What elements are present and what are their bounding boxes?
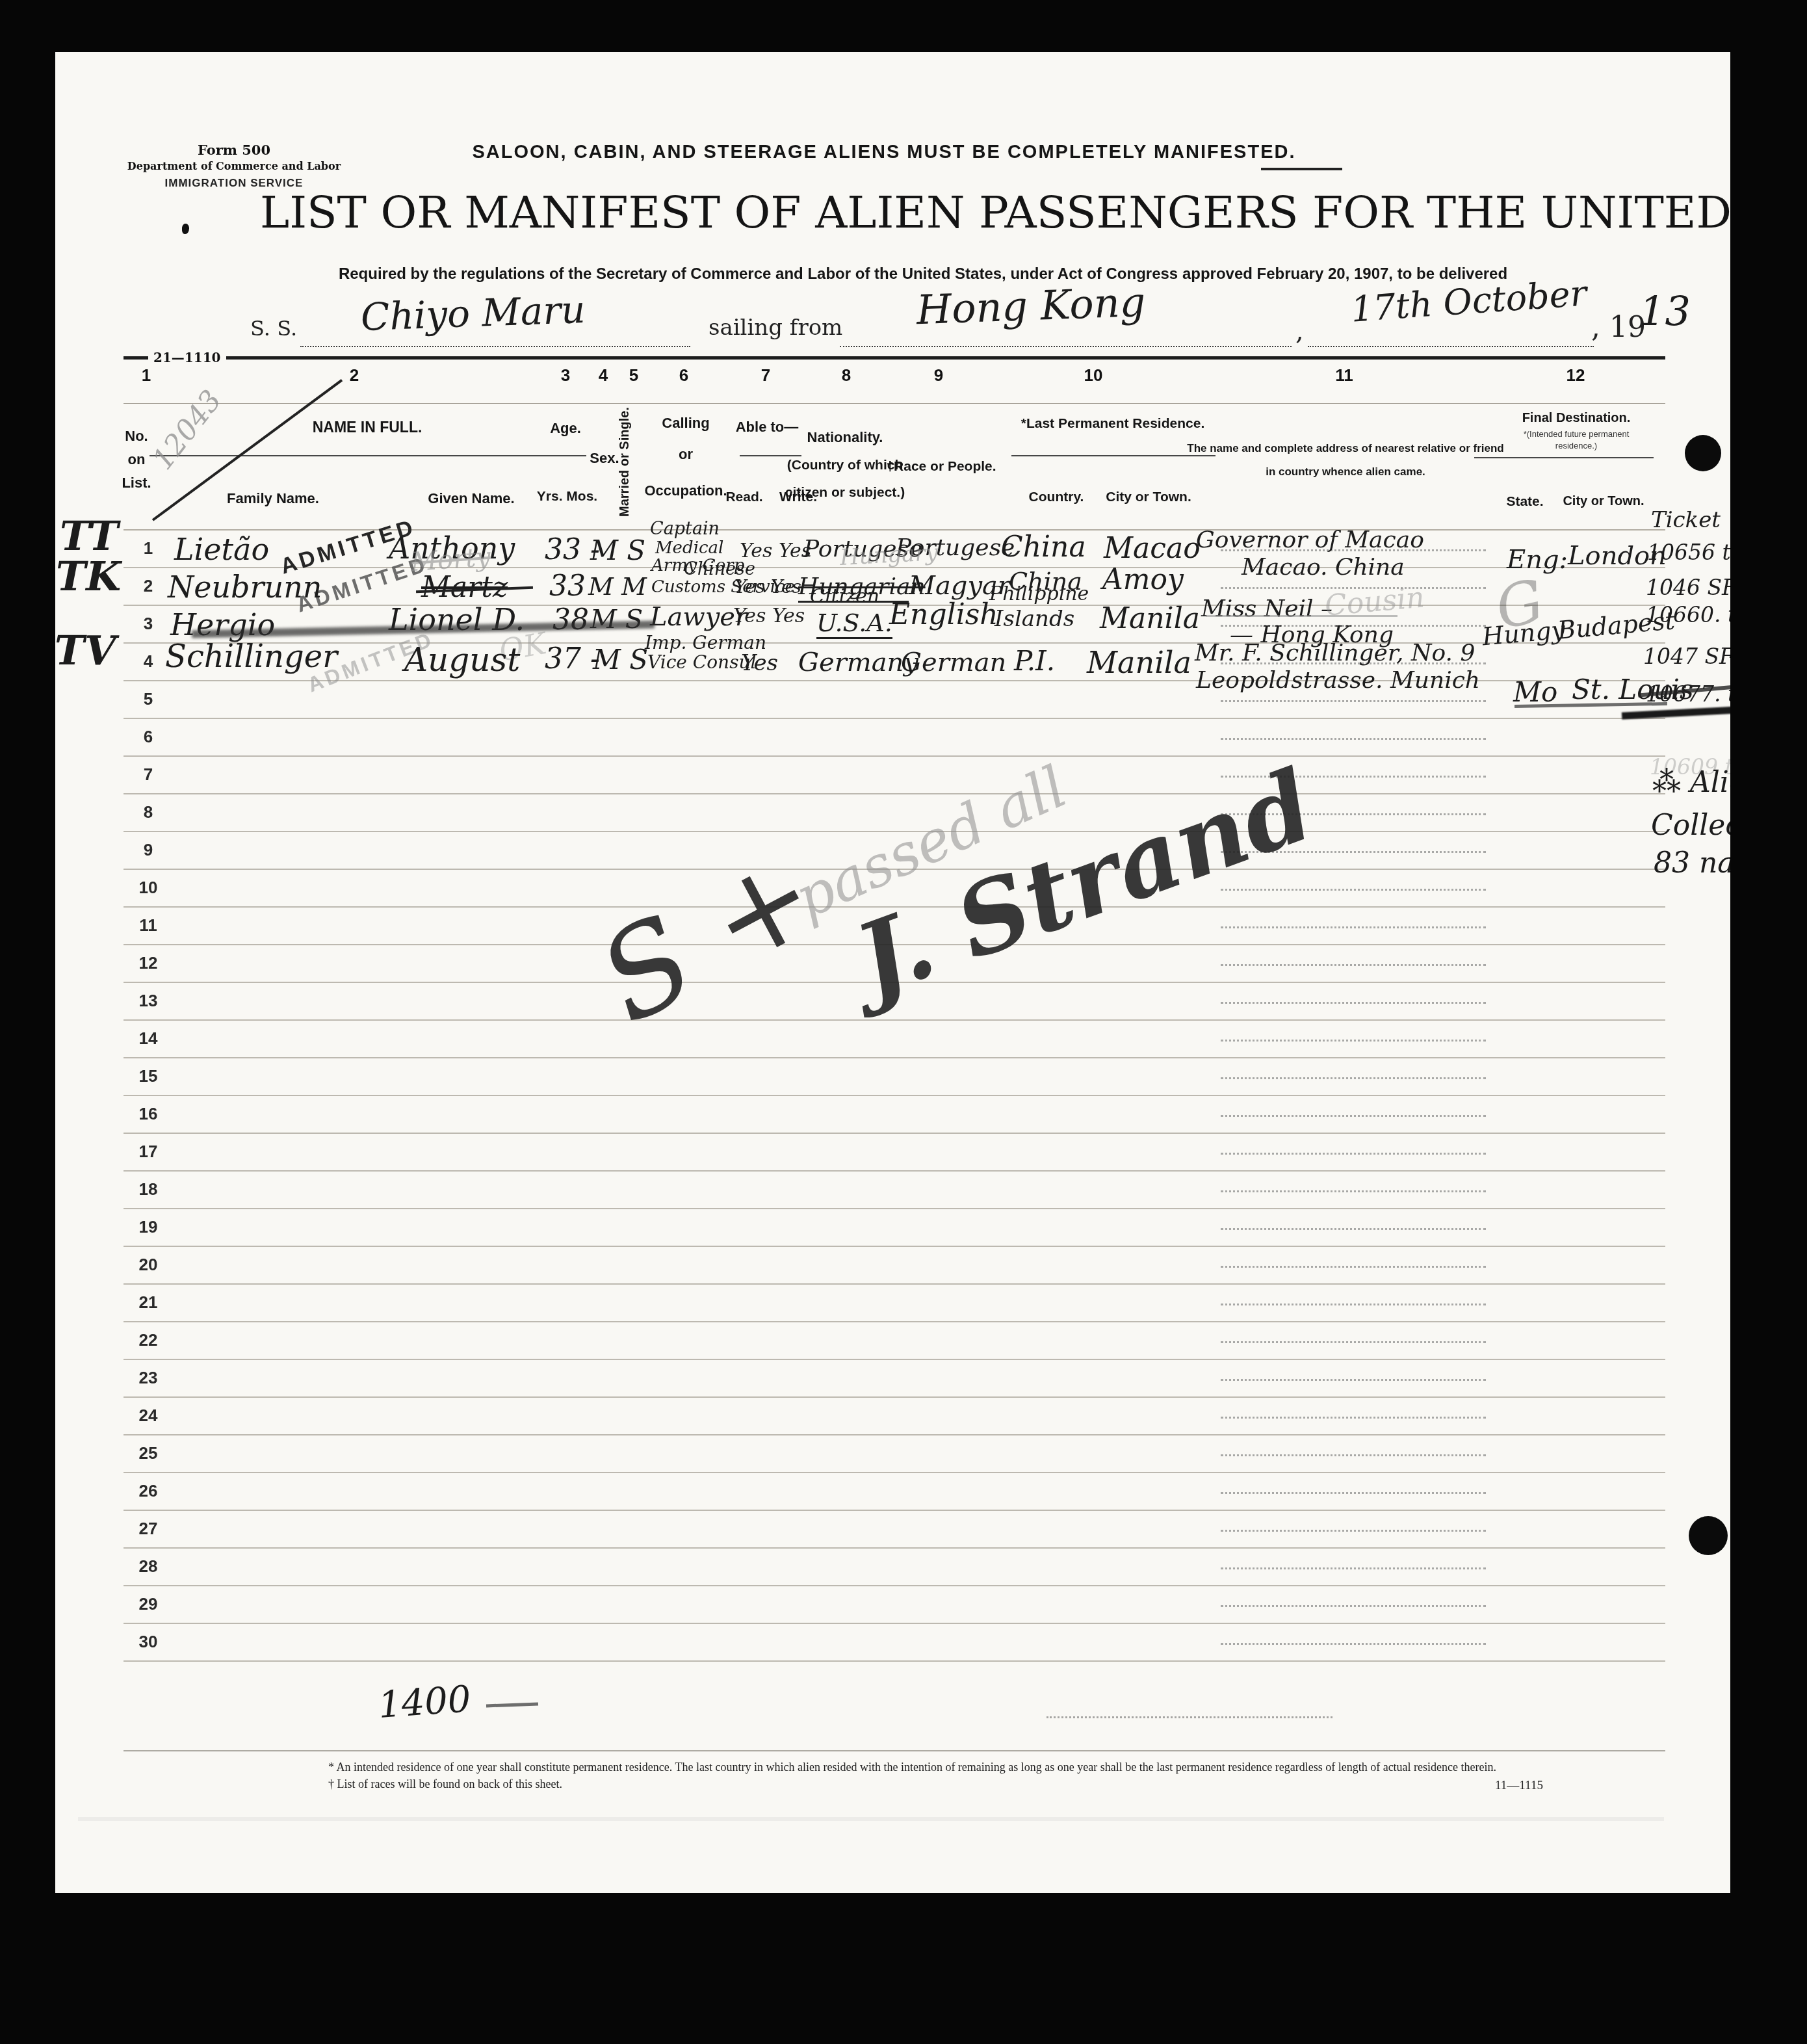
col6-calling: Calling xyxy=(634,415,738,432)
col12-city-town: City or Town. xyxy=(1555,494,1652,509)
sailing-from-label: sailing from xyxy=(708,315,842,341)
row-rule xyxy=(123,1170,1665,1172)
relative-address-write-line xyxy=(1221,1002,1486,1004)
p4-age: 37 - xyxy=(545,642,600,675)
ship-name: Chiyo Maru xyxy=(360,287,586,339)
col8-citizen-subject: citizen or subject.) xyxy=(773,485,916,501)
ticket-note-1: 10656 to xyxy=(1647,540,1744,565)
relative-address-write-line xyxy=(1221,1492,1486,1494)
margin-mark-row2: TK xyxy=(56,553,121,600)
col-number-11: 11 xyxy=(1325,365,1364,386)
row-number: 2 xyxy=(130,576,166,596)
col-number-7: 7 xyxy=(746,365,785,386)
footnote-dotted-line xyxy=(1046,1716,1332,1718)
port-name: Hong Kong xyxy=(916,278,1147,334)
p2-nationality-pencil: Hungary xyxy=(839,540,939,571)
page-title: LIST OR MANIFEST OF ALIEN PASSENGERS FOR… xyxy=(260,187,1677,239)
punch-hole-bottom xyxy=(1689,1516,1728,1555)
row-rule xyxy=(123,793,1665,794)
col-number-3: 3 xyxy=(546,365,585,386)
p4-destination-state: Mo xyxy=(1513,676,1557,708)
col2-given-name: Given Name. xyxy=(416,490,526,507)
ticket-note-2: 1046 SF xyxy=(1646,575,1737,600)
p1-relative-line2: Macao. China xyxy=(1241,554,1405,581)
row-rule xyxy=(123,718,1665,719)
banner-underline xyxy=(1261,168,1342,170)
p2-nationality-underline xyxy=(798,601,909,603)
row-number: 22 xyxy=(130,1330,166,1350)
relative-address-write-line xyxy=(1221,964,1486,966)
row-number: 3 xyxy=(130,614,166,634)
row-number: 17 xyxy=(130,1142,166,1162)
comma: , xyxy=(1295,316,1304,346)
header-thin-rule xyxy=(123,403,1665,404)
row-rule xyxy=(123,1283,1665,1285)
margin-mark-row4: TV xyxy=(55,627,116,674)
scan-streak xyxy=(78,1817,1664,1821)
year-handwritten: 13 xyxy=(1639,287,1691,335)
port-write-line xyxy=(840,346,1292,347)
p2-relative-line1: Miss Neil – xyxy=(1201,596,1332,622)
p1-occupation-2: Medical xyxy=(655,538,723,558)
relative-address-write-line xyxy=(1221,738,1486,740)
col10-last-perm-res: *Last Permanent Residence. xyxy=(1002,416,1223,432)
col-number-1: 1 xyxy=(127,365,166,386)
row-number: 9 xyxy=(130,840,166,860)
p3-race: English xyxy=(889,598,998,631)
relative-address-write-line xyxy=(1221,926,1486,928)
col12-state: State. xyxy=(1499,494,1551,510)
row-number: 14 xyxy=(130,1029,166,1049)
row-rule xyxy=(123,1019,1665,1021)
col10-city-town: City or Town. xyxy=(1100,490,1197,505)
row-rule xyxy=(123,1246,1665,1247)
relative-address-write-line xyxy=(1221,1228,1486,1230)
row-number: 16 xyxy=(130,1104,166,1124)
p3-nationality-line2: U.S.A. xyxy=(816,609,892,639)
relative-address-write-line xyxy=(1221,1567,1486,1569)
col12-final-destination: Final Destination. xyxy=(1501,411,1651,426)
p3-sex-marital: M S xyxy=(590,605,643,635)
col-number-9: 9 xyxy=(919,365,958,386)
p4-relative-line2: Leopoldstrasse. Munich xyxy=(1196,667,1480,694)
row-number: 10 xyxy=(130,878,166,898)
col1-no: No. xyxy=(114,428,159,445)
ss-prefix: S. S. xyxy=(250,316,297,341)
relative-address-write-line xyxy=(1221,1605,1486,1607)
col-number-6: 6 xyxy=(664,365,703,386)
side-note-3: 83 na xyxy=(1654,846,1735,880)
relative-address-write-line xyxy=(1221,1190,1486,1192)
row-number: 1 xyxy=(130,538,166,558)
ship-write-line xyxy=(300,346,690,347)
col12-intended-line2: residence.) xyxy=(1501,441,1651,451)
row-number: 19 xyxy=(130,1217,166,1237)
relative-address-write-line xyxy=(1221,1379,1486,1381)
relative-address-write-line xyxy=(1221,1643,1486,1645)
row-number: 12 xyxy=(130,953,166,973)
row-number: 26 xyxy=(130,1481,166,1501)
col10-rule xyxy=(1011,455,1215,456)
relative-address-write-line xyxy=(1221,1341,1486,1343)
relative-address-write-line xyxy=(1221,1454,1486,1456)
row-number: 24 xyxy=(130,1406,166,1426)
p4-residence-city: Manila xyxy=(1087,645,1191,680)
col12-intended-line1: *(Intended future permanent xyxy=(1501,429,1651,439)
row-number: 7 xyxy=(130,765,166,785)
row-rule xyxy=(123,1660,1665,1662)
film-border-right xyxy=(1730,0,1807,2044)
footnote-rule xyxy=(123,1750,1665,1751)
relative-address-write-line xyxy=(1221,1040,1486,1042)
col11-relative-line2: in country whence alien came. xyxy=(1170,465,1521,478)
form-code: 21—1110 xyxy=(148,350,226,365)
col3-age: Age. xyxy=(539,420,591,437)
punch-hole-top xyxy=(1685,435,1721,471)
col1-list: List. xyxy=(114,475,159,491)
row-number: 20 xyxy=(130,1255,166,1275)
col3-yrs-mos: Yrs. Mos. xyxy=(533,489,601,504)
p3-age: 38 xyxy=(552,603,589,636)
p4-race: German xyxy=(901,648,1006,677)
row-number: 6 xyxy=(130,727,166,747)
film-border-bottom xyxy=(0,1893,1807,2044)
row-rule xyxy=(123,1396,1665,1398)
col6-or: or xyxy=(634,446,738,463)
footnote-2: † List of races will be found on back of… xyxy=(328,1777,562,1791)
row-rule xyxy=(123,1321,1665,1322)
row-rule xyxy=(123,1510,1665,1511)
col12-rule xyxy=(1474,457,1654,458)
col7-rule xyxy=(740,455,801,456)
p3-nationality-line1: Citizen xyxy=(810,585,879,608)
row-number: 5 xyxy=(130,689,166,709)
department-line: Department of Commerce and Labor xyxy=(127,160,341,172)
p4-given-name: August xyxy=(404,641,520,679)
p4-sex-marital: M S xyxy=(593,644,648,675)
col11-relative-line1: The name and complete address of nearest… xyxy=(1170,442,1521,455)
footnote-1: * An intended residence of one year shal… xyxy=(328,1761,1496,1774)
row-number: 11 xyxy=(130,915,166,936)
relative-address-write-line xyxy=(1221,1077,1486,1079)
p1-family-name: Lietão xyxy=(174,532,269,567)
row-rule xyxy=(123,1434,1665,1435)
p4-relative-line1: Mr. F. Schillinger, No. 9 xyxy=(1195,640,1475,666)
p3-residence-country1: Philippine xyxy=(989,583,1089,605)
col9-race-or-people: †Race or People. xyxy=(876,459,1006,475)
row-number: 30 xyxy=(130,1632,166,1652)
p3-residence-city: Manila xyxy=(1100,602,1200,635)
relative-address-write-line xyxy=(1221,1530,1486,1532)
col-number-8: 8 xyxy=(827,365,866,386)
col2-rule xyxy=(149,455,586,456)
relative-address-write-line xyxy=(1221,1153,1486,1155)
p1-residence-country: China xyxy=(1001,531,1086,564)
p1-destination-state: Eng: xyxy=(1507,545,1568,575)
p1-relative-line1: Governor of Macao xyxy=(1196,527,1424,553)
row-number: 29 xyxy=(130,1594,166,1614)
row-rule xyxy=(123,1359,1665,1360)
row-number: 21 xyxy=(130,1292,166,1313)
p4-read-write: Yes xyxy=(741,650,778,676)
col8-nationality: Nationality. xyxy=(773,429,916,446)
ticket-label: Ticket xyxy=(1651,507,1721,533)
banner: SALOON, CABIN, AND STEERAGE ALIENS MUST … xyxy=(429,142,1339,163)
row-number: 27 xyxy=(130,1519,166,1539)
p2-sex-marital: M M xyxy=(588,572,647,601)
p4-occupation-2: Vice Consul xyxy=(647,651,757,673)
row-number: 8 xyxy=(130,802,166,822)
relative-address-write-line xyxy=(1221,1304,1486,1305)
col2-name-in-full: NAME IN FULL. xyxy=(263,419,471,436)
row-rule xyxy=(123,1057,1665,1058)
row-number: 25 xyxy=(130,1443,166,1463)
relative-address-write-line xyxy=(1221,1417,1486,1419)
date-write-line xyxy=(1308,346,1594,347)
plate-number: 11—1115 xyxy=(1495,1779,1543,1793)
p3-relative-faint-strike xyxy=(1206,615,1397,617)
row-rule xyxy=(123,1623,1665,1624)
header-bottom-rule xyxy=(123,529,1665,531)
row-rule xyxy=(123,1472,1665,1473)
row-rule xyxy=(123,1208,1665,1209)
p2-family-name: Neubrunn xyxy=(168,570,322,605)
p2-read-write: Yes Yes xyxy=(734,576,801,597)
p1-sex-marital: M S xyxy=(590,534,645,566)
film-border-left xyxy=(0,0,55,2044)
p2-age: 33 xyxy=(549,570,586,603)
row-rule xyxy=(123,1585,1665,1586)
col-number-12: 12 xyxy=(1556,365,1595,386)
row-number: 4 xyxy=(130,651,166,672)
p1-occupation-1: Captain xyxy=(650,519,720,539)
p3-read-write: Yes Yes xyxy=(733,605,805,627)
table-top-rule xyxy=(123,356,1665,360)
p4-family-name: Schillinger xyxy=(165,638,337,675)
col-number-10: 10 xyxy=(1074,365,1113,386)
col5-married-single: Married or Single. xyxy=(617,402,632,522)
relative-address-write-line xyxy=(1221,1115,1486,1117)
row-number: 23 xyxy=(130,1368,166,1388)
col2-family-name: Family Name. xyxy=(214,490,331,507)
row-number: 13 xyxy=(130,991,166,1011)
p1-residence-city: Macao xyxy=(1104,532,1201,565)
row-number: 15 xyxy=(130,1066,166,1086)
bottom-tally: 1400 xyxy=(377,1678,473,1727)
p3-residence-country2: Islands xyxy=(994,606,1074,632)
row-rule xyxy=(123,1095,1665,1096)
year-printed: , 19 xyxy=(1591,311,1646,344)
row-number: 18 xyxy=(130,1179,166,1199)
p4-residence-country: P.I. xyxy=(1014,645,1055,677)
row-rule xyxy=(123,1547,1665,1549)
film-border-top xyxy=(0,0,1807,52)
relative-address-write-line xyxy=(1221,700,1486,702)
relative-address-write-line xyxy=(1221,1266,1486,1268)
form-number: Form 500 xyxy=(136,142,331,158)
col-number-5: 5 xyxy=(614,365,653,386)
col10-country: Country. xyxy=(1020,490,1092,505)
row-rule xyxy=(123,1133,1665,1134)
p2-residence-city: Amoy xyxy=(1102,563,1184,596)
row-rule xyxy=(123,755,1665,757)
relative-address-write-line xyxy=(1221,889,1486,891)
row-number: 28 xyxy=(130,1556,166,1577)
subtitle: Required by the regulations of the Secre… xyxy=(188,265,1657,283)
col7-read: Read. xyxy=(718,490,770,505)
